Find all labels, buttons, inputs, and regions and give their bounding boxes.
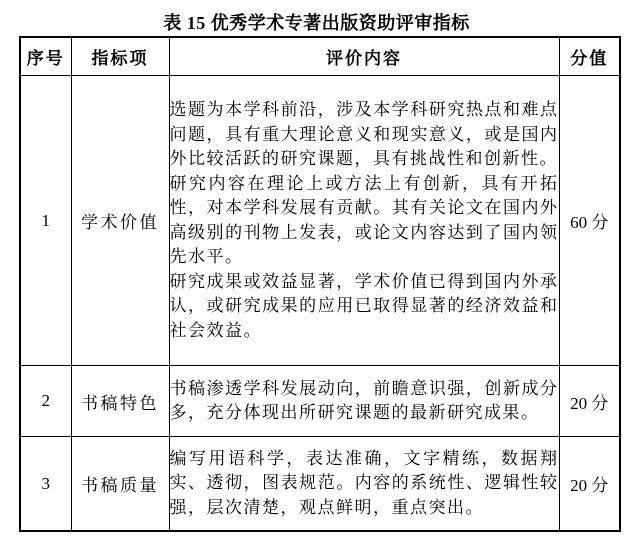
row-1-content-paragraph: 研究成果或效益显著，学术价值已得到国内外承认，或研究成果的应用已取得显著的经济效… xyxy=(170,270,559,344)
row-1-index: 1 xyxy=(20,76,71,366)
document-page: 表 15 优秀学术专著出版资助评审指标 序号 指标项 评价内容 分值 1 学术价… xyxy=(0,0,633,549)
header-score: 分值 xyxy=(559,37,620,76)
row-2-indicator: 书稿特色 xyxy=(71,366,169,437)
row-1-content-paragraph: 研究内容在理论上或方法上有创新，具有开拓性，对本学科发展有贡献。其有关论文在国内… xyxy=(170,172,559,270)
row-3-score: 20 分 xyxy=(559,437,620,532)
row-3-content-paragraph: 编写用语科学，表达准确，文字精练，数据翔实、透彻，图表规范。内容的系统性、逻辑性… xyxy=(170,447,559,521)
table-title: 表 15 优秀学术专著出版资助评审指标 xyxy=(0,0,633,36)
header-index: 序号 xyxy=(20,37,71,76)
row-3-content: 编写用语科学，表达准确，文字精练，数据翔实、透彻，图表规范。内容的系统性、逻辑性… xyxy=(169,437,559,532)
row-3-indicator: 书稿质量 xyxy=(71,437,169,532)
review-criteria-table: 序号 指标项 评价内容 分值 1 学术价值 选题为本学科前沿，涉及本学科研究热点… xyxy=(19,36,621,532)
row-1-content: 选题为本学科前沿，涉及本学科研究热点和难点问题，具有重大理论意义和现实意义，或是… xyxy=(169,76,559,366)
header-content: 评价内容 xyxy=(169,37,559,76)
table-row: 3 书稿质量 编写用语科学，表达准确，文字精练，数据翔实、透彻，图表规范。内容的… xyxy=(20,437,620,532)
header-row: 序号 指标项 评价内容 分值 xyxy=(20,37,620,76)
row-2-score: 20 分 xyxy=(559,366,620,437)
row-1-score: 60 分 xyxy=(559,76,620,366)
table-row: 2 书稿特色 书稿渗透学科发展动向，前瞻意识强，创新成分多，充分体现出所研究课题… xyxy=(20,366,620,437)
table-row: 1 学术价值 选题为本学科前沿，涉及本学科研究热点和难点问题，具有重大理论意义和… xyxy=(20,76,620,366)
row-2-index: 2 xyxy=(20,366,71,437)
row-1-indicator: 学术价值 xyxy=(71,76,169,366)
row-2-content: 书稿渗透学科发展动向，前瞻意识强，创新成分多，充分体现出所研究课题的最新研究成果… xyxy=(169,366,559,437)
row-2-content-paragraph: 书稿渗透学科发展动向，前瞻意识强，创新成分多，充分体现出所研究课题的最新研究成果… xyxy=(170,377,559,426)
header-indicator: 指标项 xyxy=(71,37,169,76)
row-1-content-paragraph: 选题为本学科前沿，涉及本学科研究热点和难点问题，具有重大理论意义和现实意义，或是… xyxy=(170,98,559,172)
row-3-index: 3 xyxy=(20,437,71,532)
